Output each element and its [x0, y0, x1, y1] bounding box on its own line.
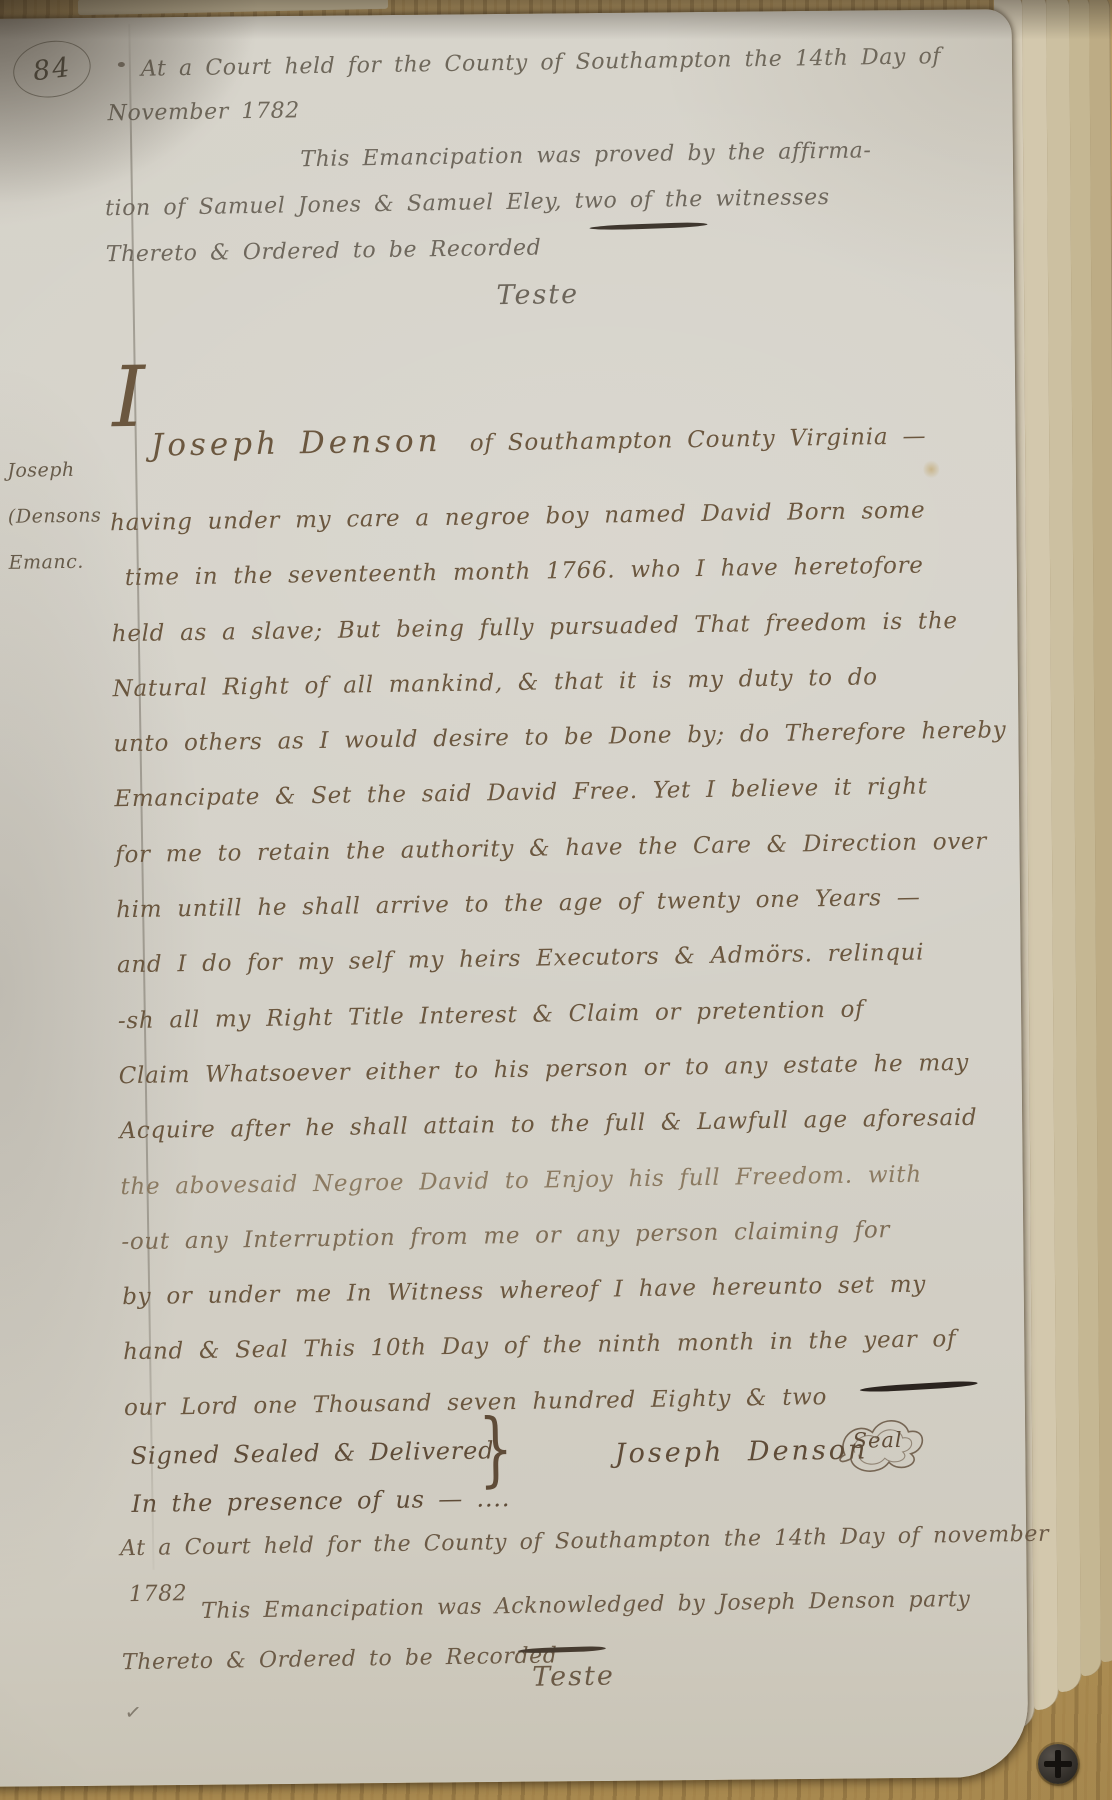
page-number-circle: 84 — [9, 35, 95, 104]
court-header-entry: At a Court held for the County of Southa… — [107, 35, 943, 136]
seal-label: Seal — [852, 1428, 902, 1453]
attestation-brace: } — [478, 1402, 514, 1497]
attestation-lines: Signed Sealed & DeliveredIn the presence… — [130, 1426, 510, 1528]
margin-note: Joseph(DensonsEmanc. — [7, 446, 102, 585]
margin-note-line: Joseph — [7, 446, 101, 493]
closing-entry-line: Thereto & Ordered to be Recorded — [122, 1643, 558, 1675]
deed-initial-letter: I — [111, 348, 146, 447]
closing-entry-line: 1782 — [129, 1581, 188, 1607]
deed-opening-line: Joseph Denson of Southampton County Virg… — [151, 415, 927, 463]
deed-name: Joseph Denson — [151, 423, 442, 464]
check-mark: ✓ — [123, 1699, 143, 1725]
page-number: 84 — [31, 51, 73, 86]
closing-entry-line: At a Court held for the County of Southa… — [120, 1522, 1049, 1562]
attestation-line: Signed Sealed & Delivered — [130, 1426, 509, 1480]
document-content: 84 At a Court held for the County of Sou… — [0, 0, 1112, 1800]
margin-note-line: (Densons — [8, 492, 102, 539]
photo-canvas: 84 At a Court held for the County of Sou… — [0, 0, 1112, 1800]
teste-label: Teste — [532, 1660, 615, 1692]
deed-opening-rest: of Southampton County Virginia — — [470, 423, 927, 456]
signature: Joseph Denson — [615, 1434, 869, 1469]
deed-body: having under my care a negroe boy named … — [110, 482, 1018, 1436]
seal-scribble: Seal — [832, 1412, 929, 1479]
teste-label: Teste — [496, 279, 579, 311]
closing-entry: At a Court held for the County of Southa… — [0, 0, 1098, 2]
paper-stain — [923, 459, 939, 479]
attestation-line: In the presence of us — .... — [131, 1474, 510, 1528]
margin-note-line: Emanc. — [8, 538, 102, 585]
closing-entry-line: This Emancipation was Acknowledged by Jo… — [201, 1587, 971, 1624]
proved-entry: This Emancipation was proved by the affi… — [104, 128, 873, 278]
